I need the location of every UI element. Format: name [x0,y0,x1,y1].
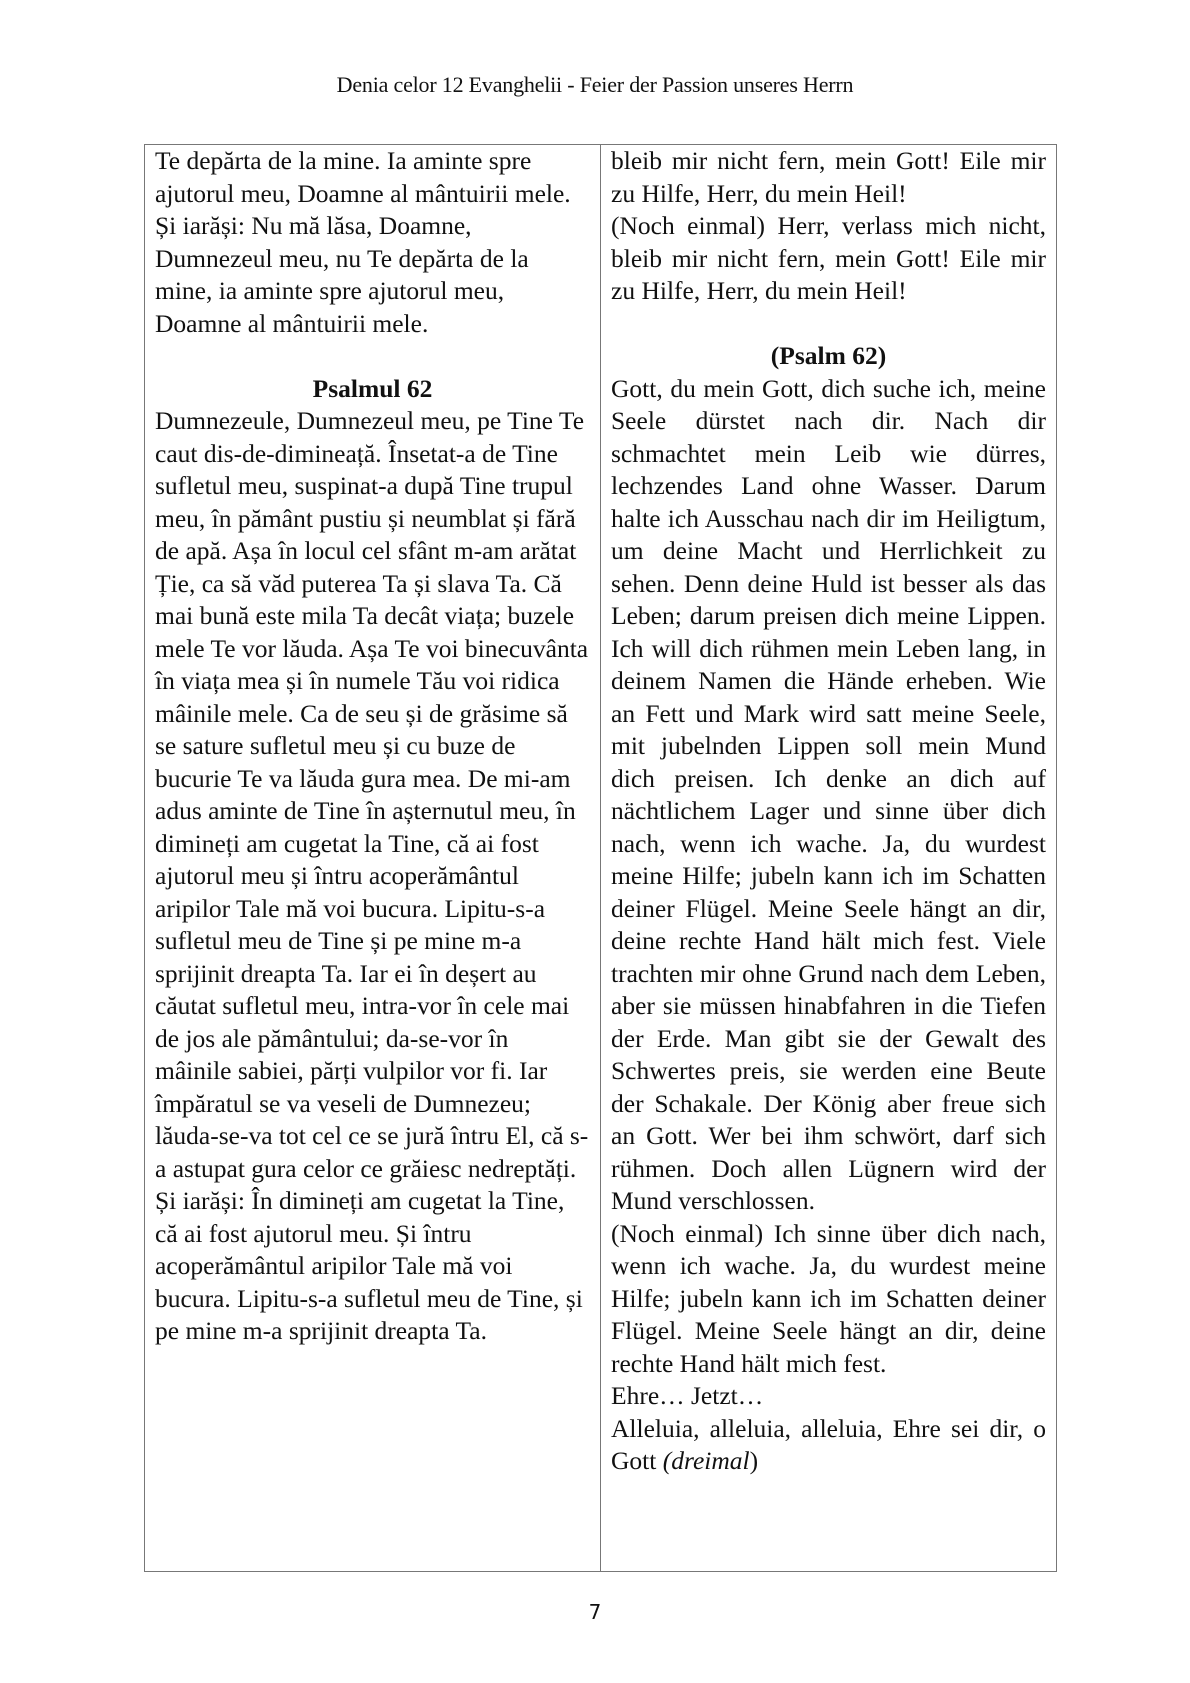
running-header: Denia celor 12 Evanghelii - Feier der Pa… [0,72,1190,98]
german-column: bleib mir nicht fern, mein Gott! Eile mi… [601,145,1056,1571]
paragraph: Și iarăși: În dimineți am cugetat la Tin… [155,1185,590,1348]
paragraph: Te depărta de la mine. Ia aminte spre aj… [155,145,590,210]
paragraph: Gott, du mein Gott, dich suche ich, mein… [611,373,1046,1218]
psalm-heading: (Psalm 62) [611,340,1046,373]
closing-end: ) [750,1446,759,1475]
psalm-heading: Psalmul 62 [155,373,590,406]
spacer [155,340,590,373]
paragraph: Dumnezeule, Dumnezeul meu, pe Tine Te ca… [155,405,590,1185]
bilingual-text-table: Te depărta de la mine. Ia aminte spre aj… [144,144,1057,1572]
romanian-column: Te depărta de la mine. Ia aminte spre aj… [145,145,601,1571]
spacer [611,308,1046,341]
paragraph: Și iarăși: Nu mă lăsa, Doamne, Dumnezeul… [155,210,590,340]
closing-rubric: (dreimal [663,1446,750,1475]
closing-paragraph: Alleluia, alleluia, alleluia, Ehre sei d… [611,1413,1046,1478]
paragraph: (Noch einmal) Ich sinne über dich nach, … [611,1218,1046,1381]
paragraph: (Noch einmal) Herr, verlass mich nicht, … [611,210,1046,308]
paragraph: Ehre… Jetzt… [611,1380,1046,1413]
page-number: 7 [0,1600,1190,1624]
paragraph: bleib mir nicht fern, mein Gott! Eile mi… [611,145,1046,210]
